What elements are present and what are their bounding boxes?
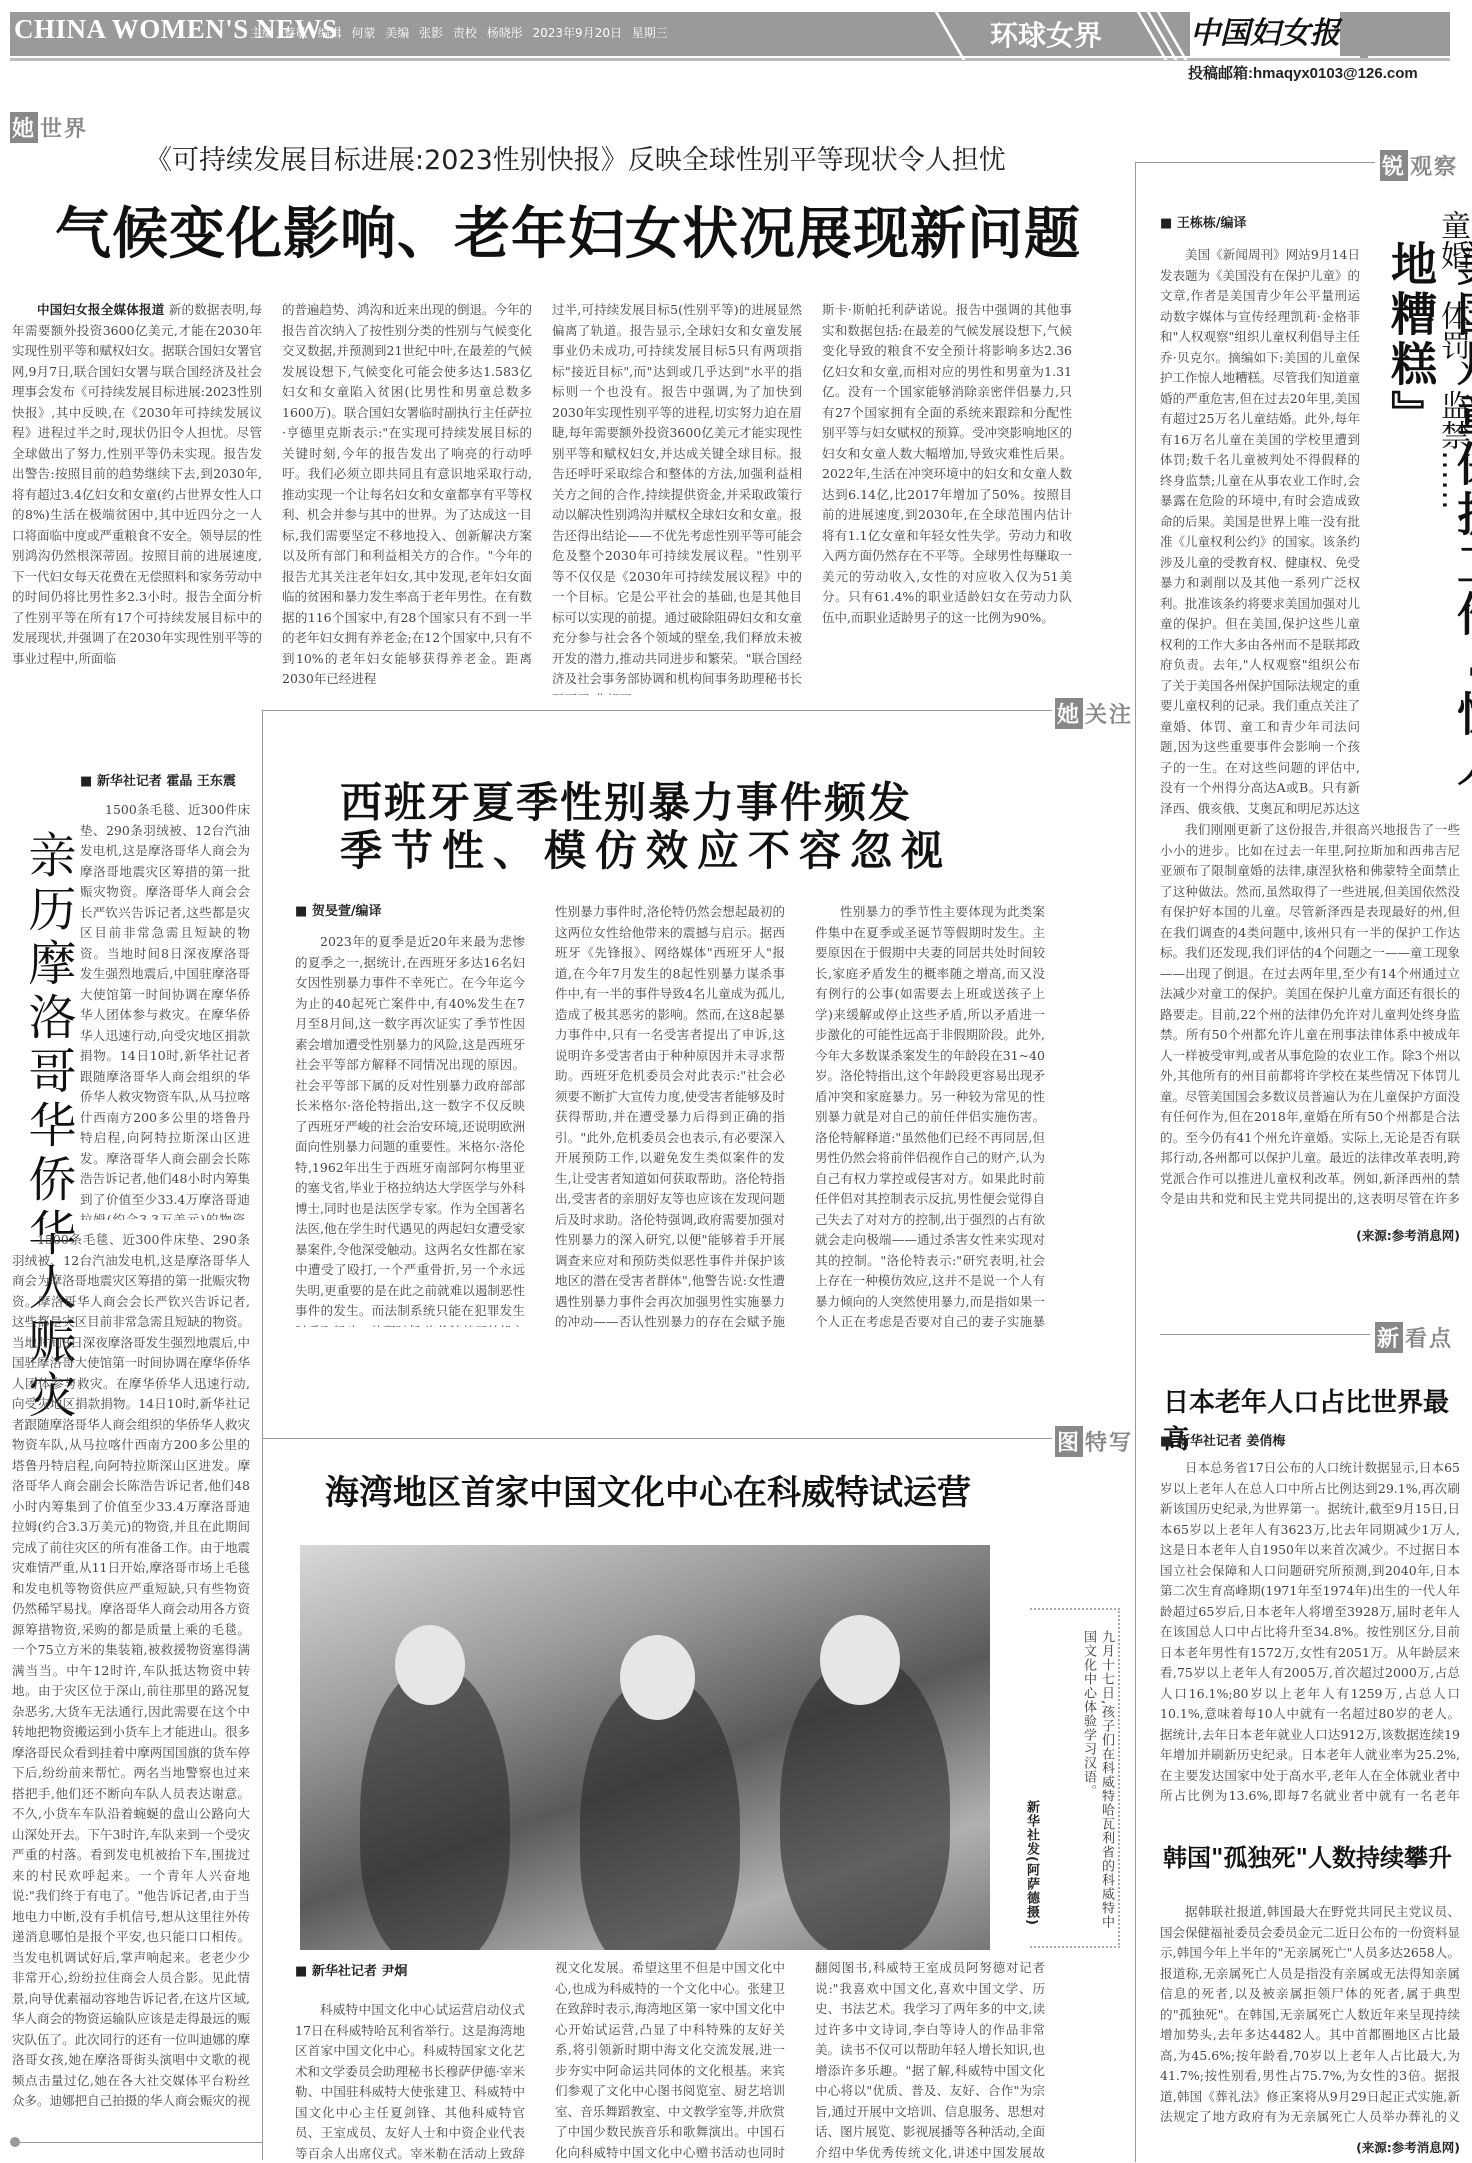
section-tag-sharp-view: 锐观察 (1380, 150, 1458, 181)
masthead-underline (10, 58, 1450, 61)
japan-byline: 新华社记者 姜俏梅 (1160, 1430, 1285, 1449)
newspaper-logo: 中国妇女报 (1190, 12, 1340, 56)
section-tag-new-highlights: 新看点 (1375, 1322, 1453, 1353)
kuwait-top-rule (262, 1438, 1052, 1439)
spain-byline: 贺旻萱/编译 (295, 900, 382, 919)
section-tag-photo-feature: 图特写 (1055, 1426, 1133, 1457)
section-tag-her-world: 她世界 (10, 112, 88, 143)
article-right-headline: 美国儿童保护工作『惊人地糟糕』 (1378, 240, 1472, 800)
article-right-body-wide: 我们刚刚更新了这份报告,并很高兴地报告了一些小小的进步。比如在过去一年里,阿拉斯… (1160, 820, 1460, 1205)
spain-column-2: 性别暴力事件时,洛伦特仍然会想起最初的这两位女性给他带来的震撼与启示。据西班牙《… (555, 902, 785, 1327)
kuwait-photo (300, 1545, 990, 1950)
photo-child-face (395, 1625, 465, 1705)
sidebar-top-rule (1135, 162, 1375, 163)
korea-source: (来源:参考消息网) (1160, 2138, 1460, 2156)
kuwait-column-2: 视文化发展。希望这里不但是中国文化中心,也成为科威特的一个文化中心。张建卫在致辞… (555, 1958, 785, 2158)
photo-child-figure (360, 1665, 510, 1950)
article1-column-4: 斯卡·斯帕托利萨诺说。报告中强调的其他事实和数据包括:在最差的气候发展设想下,气… (822, 300, 1072, 695)
spain-headline-line2: 季节性、模仿效应不容忽视 (340, 818, 952, 878)
japan-top-rule (1160, 1334, 1370, 1335)
article-right-byline: 王栋栋/编译 (1160, 212, 1247, 231)
article-left-body-narrow: 1500条毛毯、近300件床垫、290条羽绒被、12台汽油发电机,这是摩洛哥华人… (80, 800, 250, 1220)
spain-column-1: 2023年的夏季是近20年来最为悲惨的夏季之一,据统计,在西班牙多达16名妇女因… (295, 932, 525, 1327)
kuwait-column-1: 科威特中国文化中心试运营启动仪式17日在科威特哈瓦利省举行。这是海湾地区首家中国… (295, 2000, 525, 2160)
staff-credits-date: 主编 蔡敏 编辑 何蒙 美编 张影 责校 杨晓彤 2023年9月20日 星期三 (250, 24, 668, 41)
article-left-body-wide: 1500条毛毯、近300件床垫、290条羽绒被、12台汽油发电机,这是摩洛哥华人… (12, 1230, 250, 2110)
left-column-divider (262, 710, 263, 2160)
photo-child-face (820, 1615, 900, 1705)
kuwait-byline: 新华社记者 尹炯 (295, 1960, 407, 1979)
article1-column-1: 中国妇女报全媒体报道 新的数据表明,每年需要额外投资3600亿美元,才能在203… (12, 300, 262, 695)
article1-column-3: 过半,可持续发展目标5(性别平等)的进展显然偏离了轨道。报告显示,全球妇女和女童… (552, 300, 802, 695)
article1-headline: 气候变化影响、老年妇女状况展现新问题 (55, 190, 1081, 270)
left-bottom-rule (12, 2142, 262, 2143)
spain-top-rule (262, 710, 1052, 711)
kuwait-headline: 海湾地区首家中国文化中心在科威特试运营 (325, 1465, 971, 1514)
photo-child-face (620, 1635, 695, 1720)
bullet-dot-icon (10, 2137, 20, 2147)
korea-headline: 韩国"孤独死"人数持续攀升 (1163, 1838, 1452, 1873)
section-name: 环球女界 (990, 14, 1102, 54)
submission-email: 投稿邮箱:hmaqyx0103@126.com (1188, 62, 1418, 83)
sidebar-divider (1135, 162, 1136, 2162)
section-tag-her-focus: 她关注 (1055, 698, 1133, 729)
article-left-byline: 新华社记者 霍晶 王东震 (80, 770, 236, 789)
article-right-body-narrow: 美国《新闻周刊》网站9月14日发表题为《美国没有在保护儿童》的文章,作者是美国青… (1160, 245, 1360, 820)
spain-column-3: 性别暴力的季节性主要体现为此类案件集中在夏季或圣诞节等假期时发生。主要原因在于假… (815, 902, 1045, 1327)
article1-kicker: 《可持续发展目标进展:2023性别快报》反映全球性别平等现状令人担忧 (145, 138, 1006, 177)
korea-body: 据韩联社报道,韩国最大在野党共同民主党议员、国会保健福祉委员会委员金元二近日公布… (1160, 1902, 1460, 2127)
article-right-source: (来源:参考消息网) (1160, 1226, 1460, 1244)
photo-caption: 九月十七日,孩子们在科威特哈瓦利省的科威特中国文化中心体验学习汉语。 (1040, 1630, 1115, 1930)
kuwait-column-3: 翻阅图书,科威特王室成员阿努德对记者说:"我喜欢中国文化,喜欢中国文学、历史、书… (815, 1958, 1045, 2158)
japan-body: 日本总务省17日公布的人口统计数据显示,日本65岁以上老年人在总人口中所占比例达… (1160, 1458, 1460, 1808)
article1-column-2: 的普遍趋势、鸿沟和近来出现的倒退。今年的报告首次纳入了按性别分类的性别与气候变化… (282, 300, 532, 695)
photo-credit: 新华社发(阿萨德摄) (1022, 1800, 1041, 1940)
